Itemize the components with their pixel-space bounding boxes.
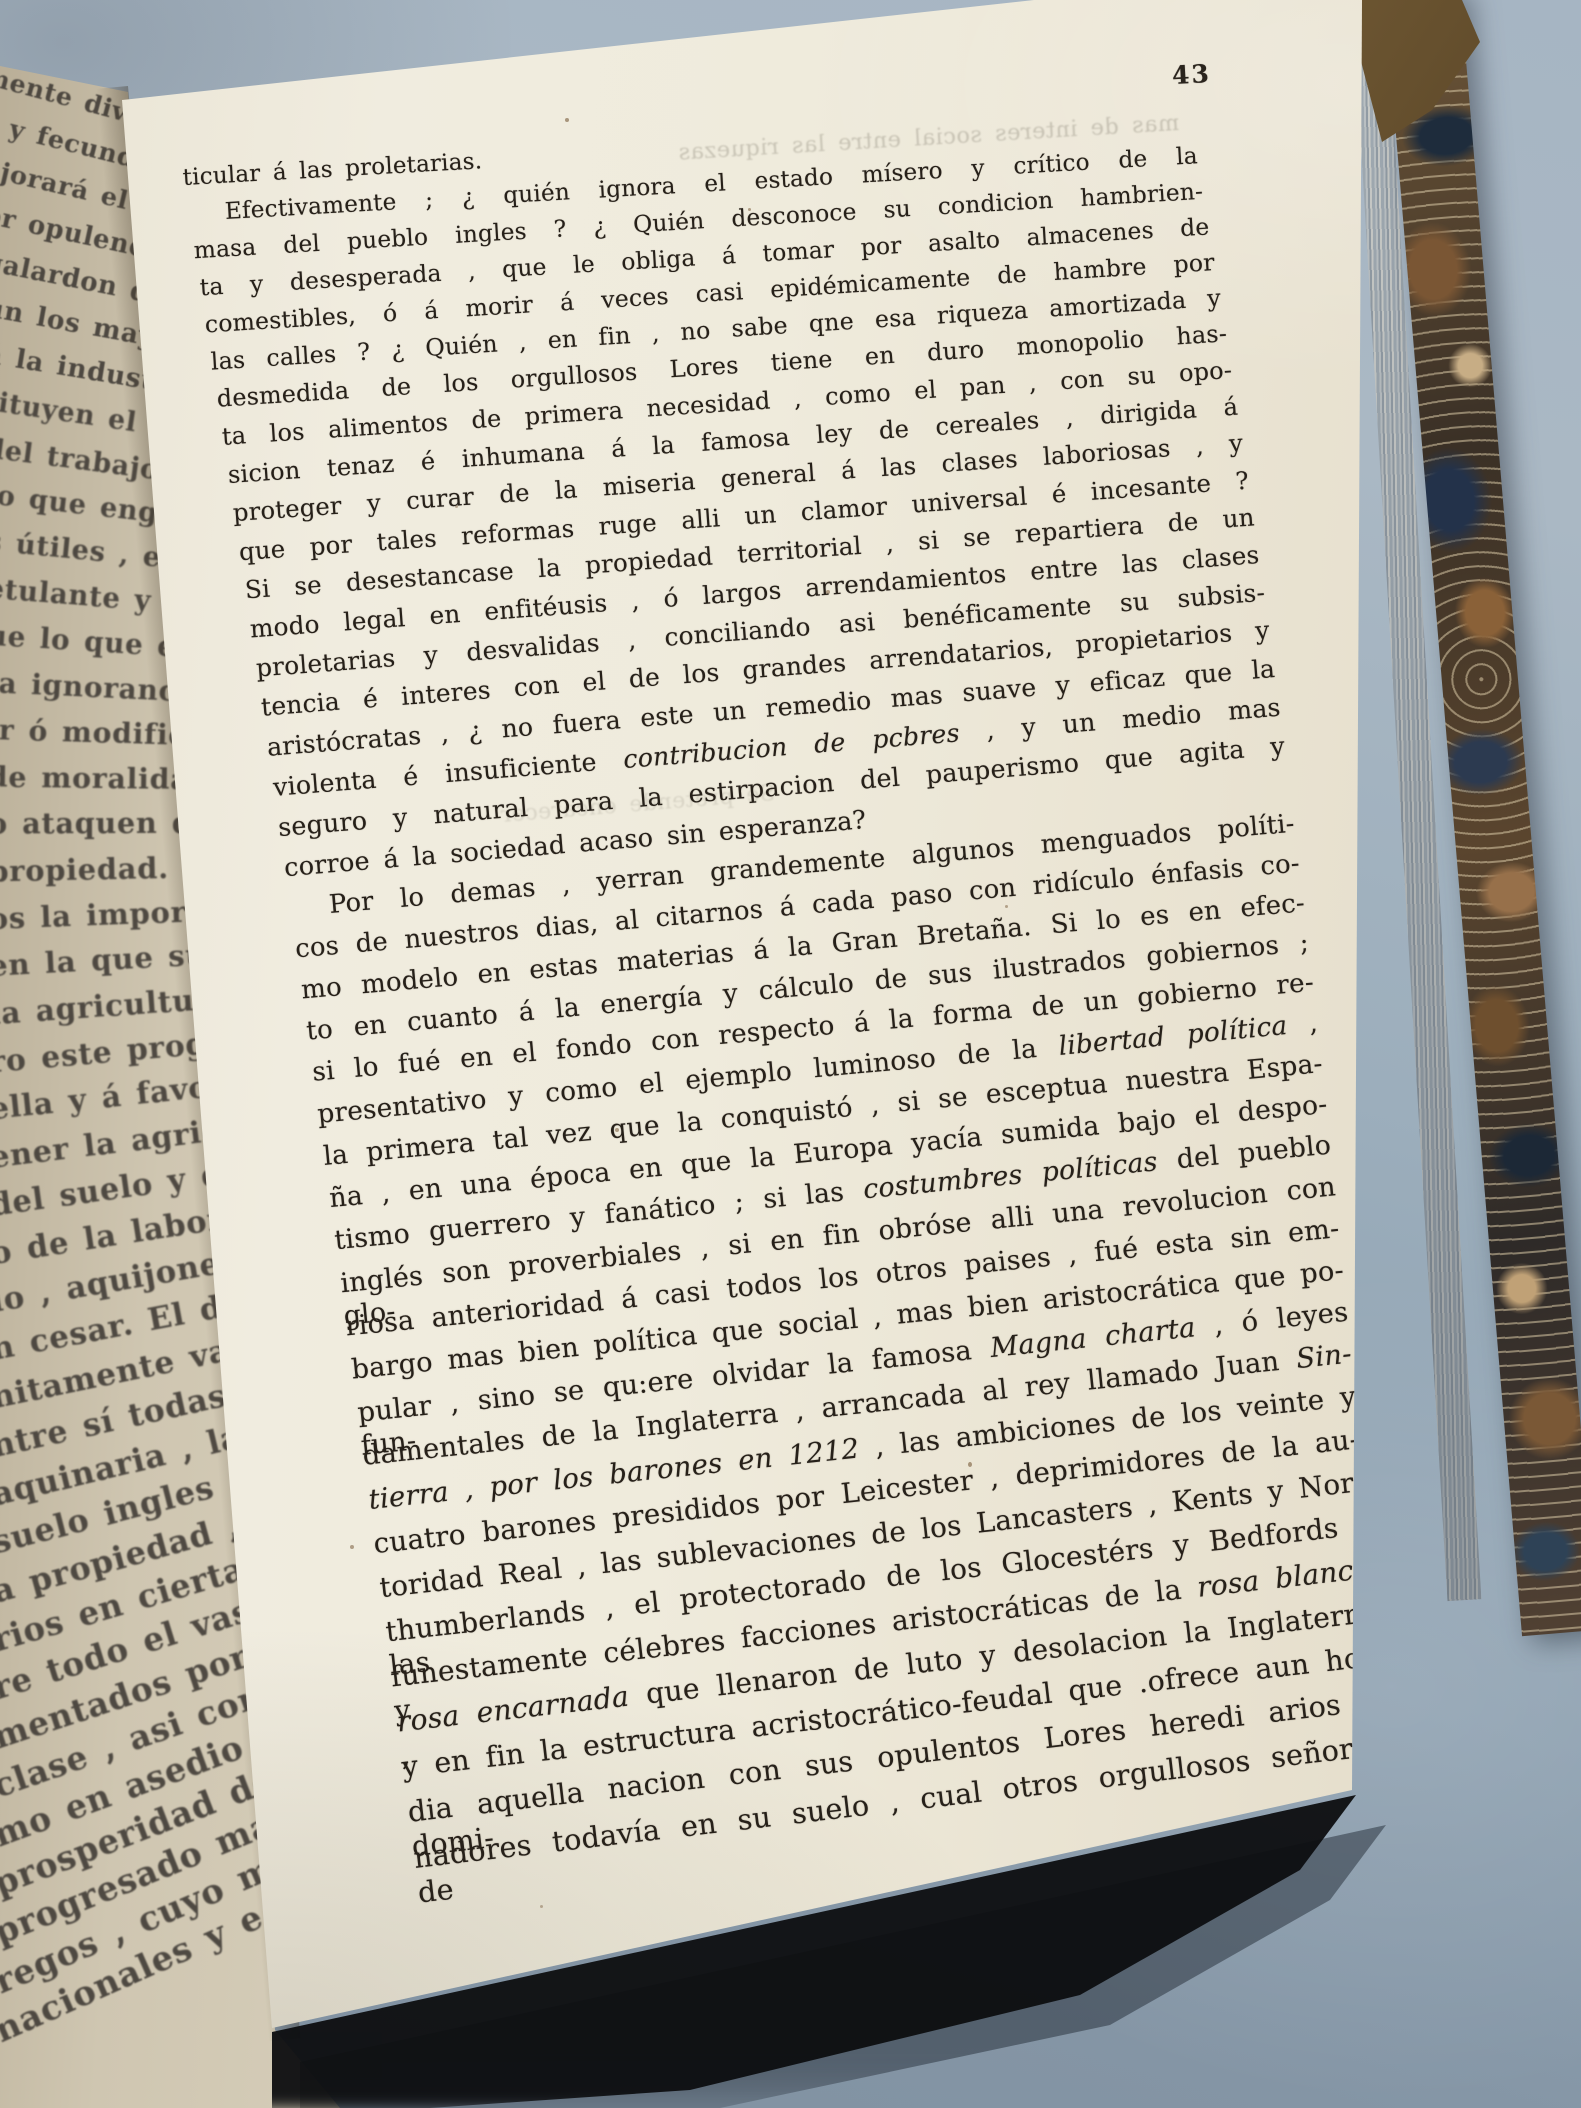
text-line: propiedad.: [0, 850, 169, 889]
book-photo: { "page_number": "43", "right_page": { "…: [0, 0, 1581, 2108]
